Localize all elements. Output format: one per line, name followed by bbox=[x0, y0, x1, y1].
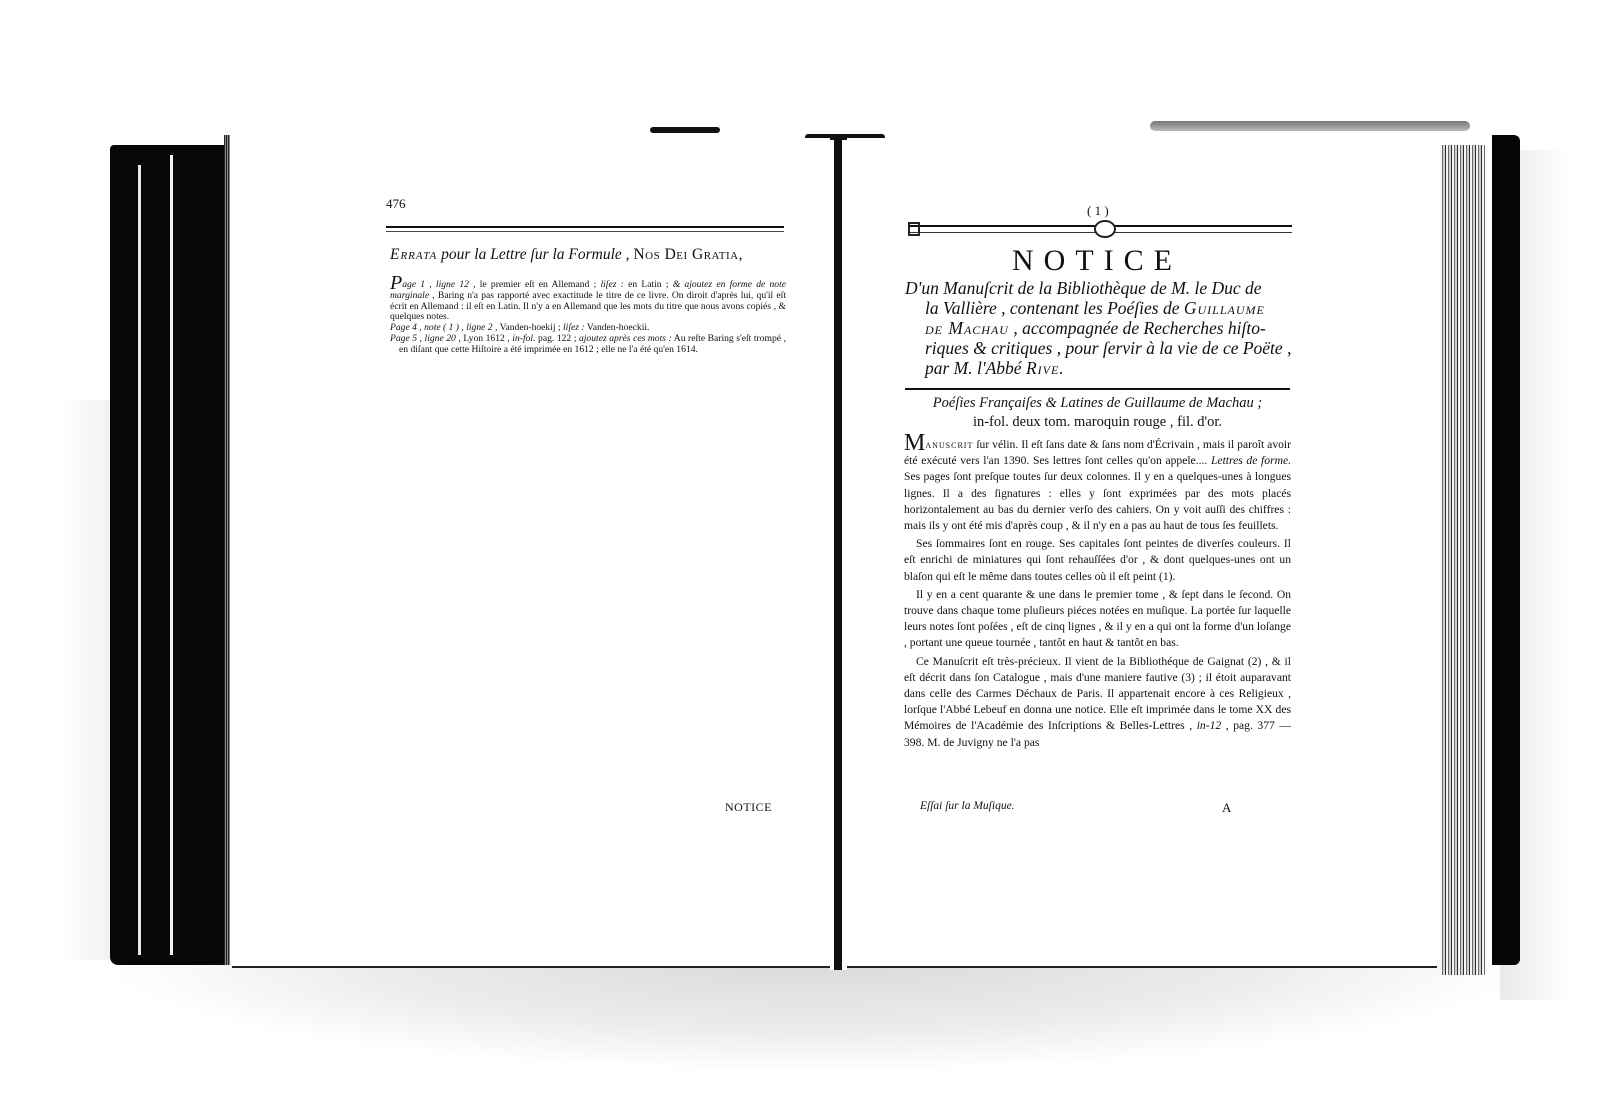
errata-text: Lyon 1612 , bbox=[461, 333, 512, 344]
errata-add: ajoutez après ces mots : bbox=[579, 333, 672, 344]
errata-lisez: liſez : bbox=[600, 279, 623, 290]
catchword: NOTICE bbox=[725, 800, 772, 815]
paragraph: Ce Manuſcrit eſt très-précieux. Il vient… bbox=[904, 654, 1291, 751]
subtitle-line: riques & critiques , pour ſervir à la vi… bbox=[905, 338, 1297, 358]
errata-correction: en Latin ; bbox=[624, 279, 673, 290]
notice-subtitle: D'un Manuſcrit de la Bibliothèque de M. … bbox=[905, 278, 1297, 378]
headband-right bbox=[1150, 121, 1470, 131]
book-cover-right bbox=[1492, 135, 1520, 965]
drop-cap: M bbox=[904, 430, 925, 456]
errata-list: Page 1 , ligne 12 , le premier eſt en Al… bbox=[390, 278, 786, 356]
errata-ref: Page 5 , ligne 20 , bbox=[390, 333, 461, 344]
errata-heading-middle: pour la Lettre ſur la Formule , bbox=[437, 246, 633, 263]
manuscript-title-line: in-fol. deux tom. maroquin rouge , fil. … bbox=[905, 413, 1290, 432]
subtitle-line: la Vallière , contenant les Poéſies de G… bbox=[905, 298, 1297, 318]
subtitle-line: D'un Manuſcrit de la Bibliothèque de M. … bbox=[905, 278, 1297, 298]
subtitle-text: par M. l'Abbé bbox=[925, 358, 1026, 378]
page-number: 476 bbox=[386, 196, 406, 212]
manuscript-title-line: Poéſies Françaiſes & Latines de Guillaum… bbox=[933, 395, 1262, 411]
errata-heading: Errata pour la Lettre ſur la Formule , N… bbox=[390, 246, 743, 264]
italic-text: Lettres de forme. bbox=[1211, 454, 1291, 467]
gilt-line bbox=[170, 155, 173, 955]
book-cover-left bbox=[110, 145, 230, 965]
errata-lisez: liſez : bbox=[563, 322, 585, 333]
page-edge-left bbox=[224, 135, 230, 965]
paragraph: Il y en a cent quarante & une dans le pr… bbox=[904, 587, 1291, 652]
subtitle-line: de Machau , accompagnée de Recherches hi… bbox=[905, 318, 1297, 338]
signature-mark: A bbox=[1222, 800, 1231, 816]
paragraph: Ses ſommaires ſont en rouge. Ses capital… bbox=[904, 536, 1291, 585]
scan-shadow bbox=[115, 960, 1515, 1070]
paragraph-text: Ses pages ſont preſque toutes ſur deux c… bbox=[904, 470, 1291, 532]
subtitle-line: par M. l'Abbé Rive. bbox=[905, 358, 1297, 378]
manuscript-description: Manuscrit ſur vélin. Il eſt ſans date & … bbox=[904, 436, 1291, 751]
manuscript-title: Poéſies Françaiſes & Latines de Guillaum… bbox=[905, 394, 1290, 432]
header-rule bbox=[386, 226, 784, 232]
ornament-end-icon bbox=[908, 222, 920, 236]
notice-title: NOTICE bbox=[1012, 244, 1182, 278]
errata-ref: Page 4 , note ( 1 ) , ligne 2 , bbox=[390, 322, 497, 333]
errata-correction: Vanden-hoeckii. bbox=[585, 322, 650, 333]
editor-name: Rive. bbox=[1026, 358, 1065, 378]
errata-word: Errata bbox=[390, 246, 437, 263]
errata-format: in-fol. bbox=[512, 333, 535, 344]
author-name: de Machau bbox=[925, 318, 1009, 338]
errata-text: le premier eſt en Allemand ; bbox=[476, 279, 601, 290]
page-edge-right bbox=[1440, 145, 1485, 975]
ornament-cartouche-icon bbox=[1094, 220, 1116, 238]
errata-ref: age 1 , ligne 12 , bbox=[402, 279, 475, 290]
errata-text: Vanden-hoekij ; bbox=[497, 322, 563, 333]
section-rule bbox=[905, 388, 1290, 390]
book-gutter bbox=[830, 140, 847, 970]
italic-text: in-12 bbox=[1197, 719, 1221, 732]
errata-entry: Page 5 , ligne 20 , Lyon 1612 , in-fol. … bbox=[390, 334, 786, 356]
errata-motto: Nos Dei Gratia, bbox=[633, 246, 743, 263]
errata-entry: Page 1 , ligne 12 , le premier eſt en Al… bbox=[390, 278, 786, 323]
errata-rest: Baring n'a pas rapporté avec exactitude … bbox=[390, 290, 786, 323]
errata-text: pag. 122 ; bbox=[535, 333, 578, 344]
running-footer: Eſſai ſur la Muſique. bbox=[920, 800, 1290, 812]
subtitle-text: , accompagnée de Recherches hiſto- bbox=[1009, 318, 1266, 338]
subtitle-text: la Vallière , contenant les Poéſies de bbox=[925, 298, 1184, 318]
gilt-line bbox=[138, 165, 141, 955]
author-name: Guillaume bbox=[1184, 298, 1265, 318]
smallcaps-text: anuscrit bbox=[925, 439, 973, 451]
paragraph: Manuscrit ſur vélin. Il eſt ſans date & … bbox=[904, 436, 1291, 534]
headband-left bbox=[650, 127, 720, 133]
page-number: ( 1 ) bbox=[1087, 203, 1109, 219]
